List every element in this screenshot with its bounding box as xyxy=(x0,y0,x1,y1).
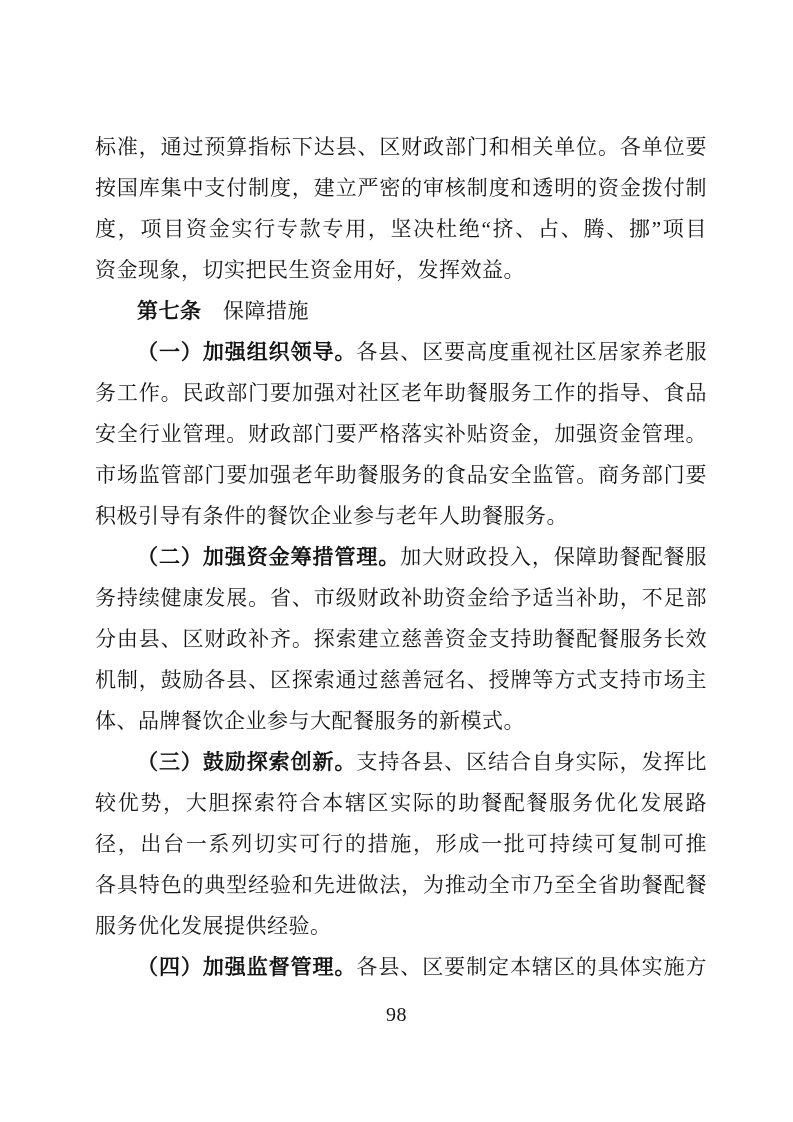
text-line: 度，项目资金实行专款专用，坚决杜绝“挤、占、腾、挪”项目 xyxy=(95,209,707,250)
line-text: 安全行业管理。财政部门要严格落实补贴资金，加强资金管理。 xyxy=(95,422,707,446)
line-text: 积极引导有条件的餐饮企业参与老年人助餐服务。 xyxy=(95,504,568,528)
text-line: 务工作。民政部门要加强对社区老年助餐服务工作的指导、食品 xyxy=(95,373,707,414)
line-text: 分由县、区财政补齐。探索建立慈善资金支持助餐配餐服务长效 xyxy=(95,627,707,651)
line-text: 标准，通过预算指标下达县、区财政部门和相关单位。各单位要 xyxy=(95,135,707,159)
text-line: （一）加强组织领导。各县、区要高度重视社区居家养老服 xyxy=(95,332,707,373)
line-text: 机制，鼓励各县、区探索通过慈善冠名、授牌等方式支持市场主 xyxy=(95,668,707,692)
page-number: 98 xyxy=(0,1000,793,1030)
line-text: 各具特色的典型经验和先进做法，为推动全市乃至全省助餐配餐 xyxy=(95,873,707,897)
text-line: 资金现象，切实把民生资金用好，发挥效益。 xyxy=(95,250,707,291)
line-text: 体、品牌餐饮企业参与大配餐服务的新模式。 xyxy=(95,709,525,733)
line-text: 服务优化发展提供经验。 xyxy=(95,914,332,938)
line-bold-segment: （四）加强监督管理。 xyxy=(137,955,356,979)
section-heading-title: 保障措施 xyxy=(202,299,310,323)
text-line: 按国库集中支付制度，建立严密的审核制度和透明的资金拨付制 xyxy=(95,168,707,209)
line-text: 支持各县、区结合自身实际，发挥比 xyxy=(356,750,707,774)
line-bold-segment: （三）鼓励探索创新。 xyxy=(137,750,356,774)
text-line: 服务优化发展提供经验。 xyxy=(95,906,707,947)
text-line: （四）加强监督管理。各县、区要制定本辖区的具体实施方 xyxy=(95,947,707,988)
line-bold-segment: （一）加强组织领导。 xyxy=(137,340,356,364)
text-line: 体、品牌餐饮企业参与大配餐服务的新模式。 xyxy=(95,701,707,742)
document-page: 标准，通过预算指标下达县、区财政部门和相关单位。各单位要 按国库集中支付制度，建… xyxy=(0,0,793,1122)
line-text: 较优势，大胆探索符合本辖区实际的助餐配餐服务优化发展路 xyxy=(95,791,707,815)
line-text: 度，项目资金实行专款专用，坚决杜绝“挤、占、腾、挪”项目 xyxy=(95,217,707,241)
line-bold-segment: （二）加强资金筹措管理。 xyxy=(137,545,400,569)
text-line: 各具特色的典型经验和先进做法，为推动全市乃至全省助餐配餐 xyxy=(95,865,707,906)
text-line: 标准，通过预算指标下达县、区财政部门和相关单位。各单位要 xyxy=(95,127,707,168)
line-text: 加大财政投入，保障助餐配餐服 xyxy=(400,545,707,569)
line-text: 各县、区要高度重视社区居家养老服 xyxy=(356,340,707,364)
text-line: 积极引导有条件的餐饮企业参与老年人助餐服务。 xyxy=(95,496,707,537)
line-text: 按国库集中支付制度，建立严密的审核制度和透明的资金拨付制 xyxy=(95,176,707,200)
section-heading: 第七条 保障措施 xyxy=(95,291,707,332)
line-text: 市场监管部门要加强老年助餐服务的食品安全监管。商务部门要 xyxy=(95,463,707,487)
text-line: 市场监管部门要加强老年助餐服务的食品安全监管。商务部门要 xyxy=(95,455,707,496)
line-text: 资金现象，切实把民生资金用好，发挥效益。 xyxy=(95,258,525,282)
text-line: 安全行业管理。财政部门要严格落实补贴资金，加强资金管理。 xyxy=(95,414,707,455)
text-line: （二）加强资金筹措管理。加大财政投入，保障助餐配餐服 xyxy=(95,537,707,578)
text-line: 机制，鼓励各县、区探索通过慈善冠名、授牌等方式支持市场主 xyxy=(95,660,707,701)
line-text: 各县、区要制定本辖区的具体实施方 xyxy=(356,955,707,979)
text-line: 分由县、区财政补齐。探索建立慈善资金支持助餐配餐服务长效 xyxy=(95,619,707,660)
text-line: （三）鼓励探索创新。支持各县、区结合自身实际，发挥比 xyxy=(95,742,707,783)
text-line: 较优势，大胆探索符合本辖区实际的助餐配餐服务优化发展路 xyxy=(95,783,707,824)
line-text: 务工作。民政部门要加强对社区老年助餐服务工作的指导、食品 xyxy=(95,381,707,405)
text-line: 径，出台一系列切实可行的措施，形成一批可持续可复制可推广、 xyxy=(95,824,707,865)
section-heading-number: 第七条 xyxy=(137,299,202,323)
text-line: 务持续健康发展。省、市级财政补助资金给予适当补助，不足部 xyxy=(95,578,707,619)
document-body: 标准，通过预算指标下达县、区财政部门和相关单位。各单位要 按国库集中支付制度，建… xyxy=(95,127,707,988)
line-text: 务持续健康发展。省、市级财政补助资金给予适当补助，不足部 xyxy=(95,586,707,610)
line-text: 径，出台一系列切实可行的措施，形成一批可持续可复制可推广、 xyxy=(95,832,707,865)
